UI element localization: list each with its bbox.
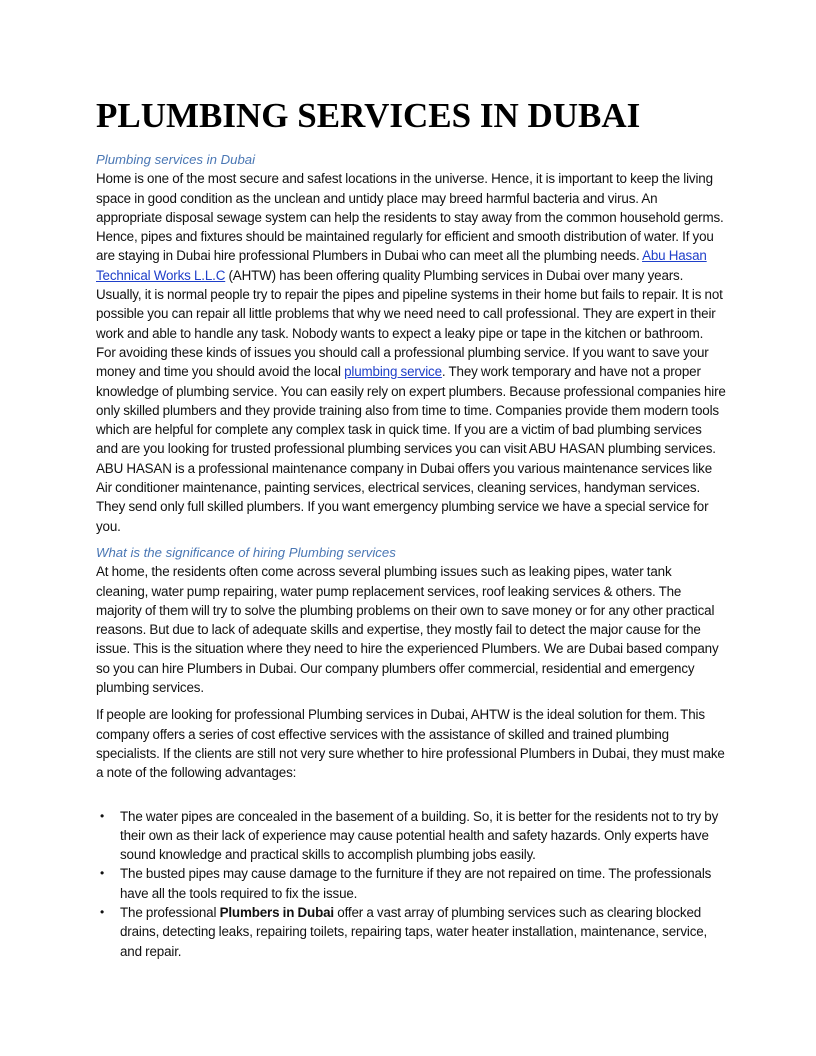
bullet-icon: • [100, 807, 104, 826]
intro-text-part2: (AHTW) has been offering quality Plumbin… [96, 268, 723, 379]
list-item-bold-text: Plumbers in Dubai [220, 905, 334, 920]
advantages-list: • The water pipes are concealed in the b… [96, 807, 726, 961]
plumbing-service-link[interactable]: plumbing service [344, 364, 442, 379]
intro-text-part1: Home is one of the most secure and safes… [96, 171, 724, 263]
section-heading-plumbing-services: Plumbing services in Dubai [96, 150, 726, 169]
list-item: • The water pipes are concealed in the b… [96, 807, 726, 865]
bullet-icon: • [100, 903, 104, 922]
bullet-icon: • [100, 864, 104, 883]
significance-paragraph: At home, the residents often come across… [96, 562, 726, 697]
intro-text-part3: . They work temporary and have not a pro… [96, 364, 726, 533]
intro-paragraph: Home is one of the most secure and safes… [96, 169, 726, 536]
advantages-intro-paragraph: If people are looking for professional P… [96, 705, 726, 782]
list-item: • The professional Plumbers in Dubai off… [96, 903, 726, 961]
section-heading-significance: What is the significance of hiring Plumb… [96, 543, 726, 562]
list-item-text-part1: The professional [120, 905, 220, 920]
page-title: PLUMBING SERVICES IN DUBAI [96, 96, 726, 136]
list-item: • The busted pipes may cause damage to t… [96, 864, 726, 903]
document-page: PLUMBING SERVICES IN DUBAI Plumbing serv… [96, 96, 726, 961]
list-item-text: The busted pipes may cause damage to the… [120, 866, 711, 900]
list-item-text: The water pipes are concealed in the bas… [120, 809, 718, 863]
